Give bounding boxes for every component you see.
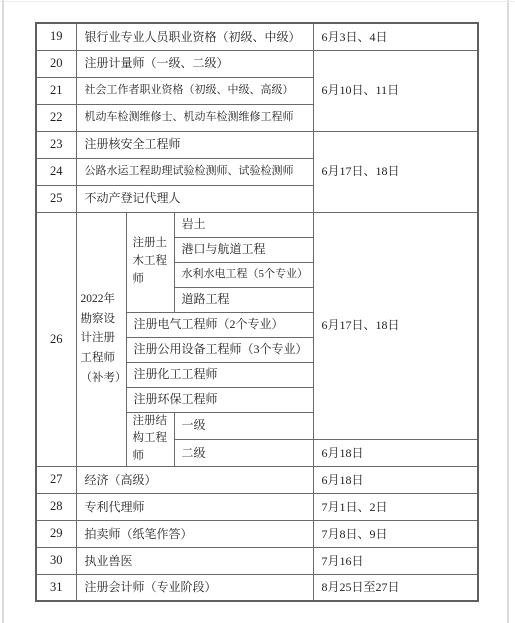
row26-other-exam: 注册环保工程师: [126, 387, 313, 412]
row27-exam-name: 经济（高级）: [76, 466, 313, 493]
table-row: 19 银行业专业人员职业资格（初级、中级） 6月3日、4日: [36, 23, 478, 50]
row26-civil-specialty: 水利水电工程（5个专业）: [174, 262, 313, 287]
table-row: 23 注册核安全工程师 6月17日、18日: [36, 131, 478, 158]
row19-number: 19: [36, 23, 76, 50]
table-row: 31 注册会计师（专业阶段） 8月25日至27日: [36, 574, 478, 601]
scanned-page: { "page": { "colors": { "background": "#…: [0, 0, 515, 623]
row30-number: 30: [36, 547, 76, 574]
table-row: 27 经济（高级） 6月18日: [36, 466, 478, 493]
row30-exam-name: 执业兽医: [76, 547, 313, 574]
scan-edge-top: [0, 1, 515, 2]
date-rows20-22: 6月10日、11日: [313, 50, 478, 131]
row21-number: 21: [36, 77, 76, 104]
row22-exam-name: 机动车检测维修士、机动车检测维修工程师: [76, 104, 313, 131]
row29-exam-name: 拍卖师（纸笔作答）: [76, 520, 313, 547]
row26-civil-specialty: 岩土: [174, 212, 313, 237]
table-row: 20 注册计量师（一级、二级） 6月10日、11日: [36, 50, 478, 77]
row20-number: 20: [36, 50, 76, 77]
row19-exam-name: 银行业专业人员职业资格（初级、中级）: [76, 23, 313, 50]
row28-exam-name: 专利代理师: [76, 493, 313, 520]
row19-date: 6月3日、4日: [313, 23, 478, 50]
row31-date: 8月25日至27日: [313, 574, 478, 601]
row23-exam-name: 注册核安全工程师: [76, 131, 313, 158]
row26-category: 2022年 勘察设 计注册 工程师 （补考）: [76, 212, 126, 466]
row26-civil-specialty: 港口与航道工程: [174, 237, 313, 262]
row29-number: 29: [36, 520, 76, 547]
row23-number: 23: [36, 131, 76, 158]
row29-date: 7月8日、9日: [313, 520, 478, 547]
scan-edge-left: [2, 0, 4, 623]
row26-other-exam: 注册电气工程师（2个专业）: [126, 312, 313, 337]
row28-date: 7月1日、2日: [313, 493, 478, 520]
row26-other-exam: 注册化工工程师: [126, 362, 313, 387]
row26-date-level2: 6月18日: [313, 439, 478, 466]
row28-number: 28: [36, 493, 76, 520]
row30-date: 7月16日: [313, 547, 478, 574]
row24-exam-name: 公路水运工程助理试验检测师、试验检测师: [76, 158, 313, 185]
table-row: 30 执业兽医 7月16日: [36, 547, 478, 574]
row26-structural-level: 一级: [174, 412, 313, 439]
row22-number: 22: [36, 104, 76, 131]
row26-structural-engineer-title: 注册结 构工程 师: [126, 412, 174, 466]
row24-number: 24: [36, 158, 76, 185]
row26-structural-level: 二级: [174, 439, 313, 466]
scan-edge-right: [507, 0, 509, 623]
row27-number: 27: [36, 466, 76, 493]
row26-civil-engineer-title: 注册土 木工程 师: [126, 212, 174, 312]
exam-schedule-table: 19 银行业专业人员职业资格（初级、中级） 6月3日、4日 20 注册计量师（一…: [35, 22, 479, 602]
table-row: 26 2022年 勘察设 计注册 工程师 （补考） 注册土 木工程 师 岩土 6…: [36, 212, 478, 237]
row25-number: 25: [36, 185, 76, 212]
row20-exam-name: 注册计量师（一级、二级）: [76, 50, 313, 77]
table-row: 29 拍卖师（纸笔作答） 7月8日、9日: [36, 520, 478, 547]
row26-civil-specialty: 道路工程: [174, 287, 313, 312]
row26-date-main: 6月17日、18日: [313, 212, 478, 439]
row26-number: 26: [36, 212, 76, 466]
row31-number: 31: [36, 574, 76, 601]
table-row: 28 专利代理师 7月1日、2日: [36, 493, 478, 520]
row27-date: 6月18日: [313, 466, 478, 493]
row26-other-exam: 注册公用设备工程师（3个专业）: [126, 337, 313, 362]
row31-exam-name: 注册会计师（专业阶段）: [76, 574, 313, 601]
date-rows23-25: 6月17日、18日: [313, 131, 478, 212]
row21-exam-name: 社会工作者职业资格（初级、中级、高级）: [76, 77, 313, 104]
row25-exam-name: 不动产登记代理人: [76, 185, 313, 212]
